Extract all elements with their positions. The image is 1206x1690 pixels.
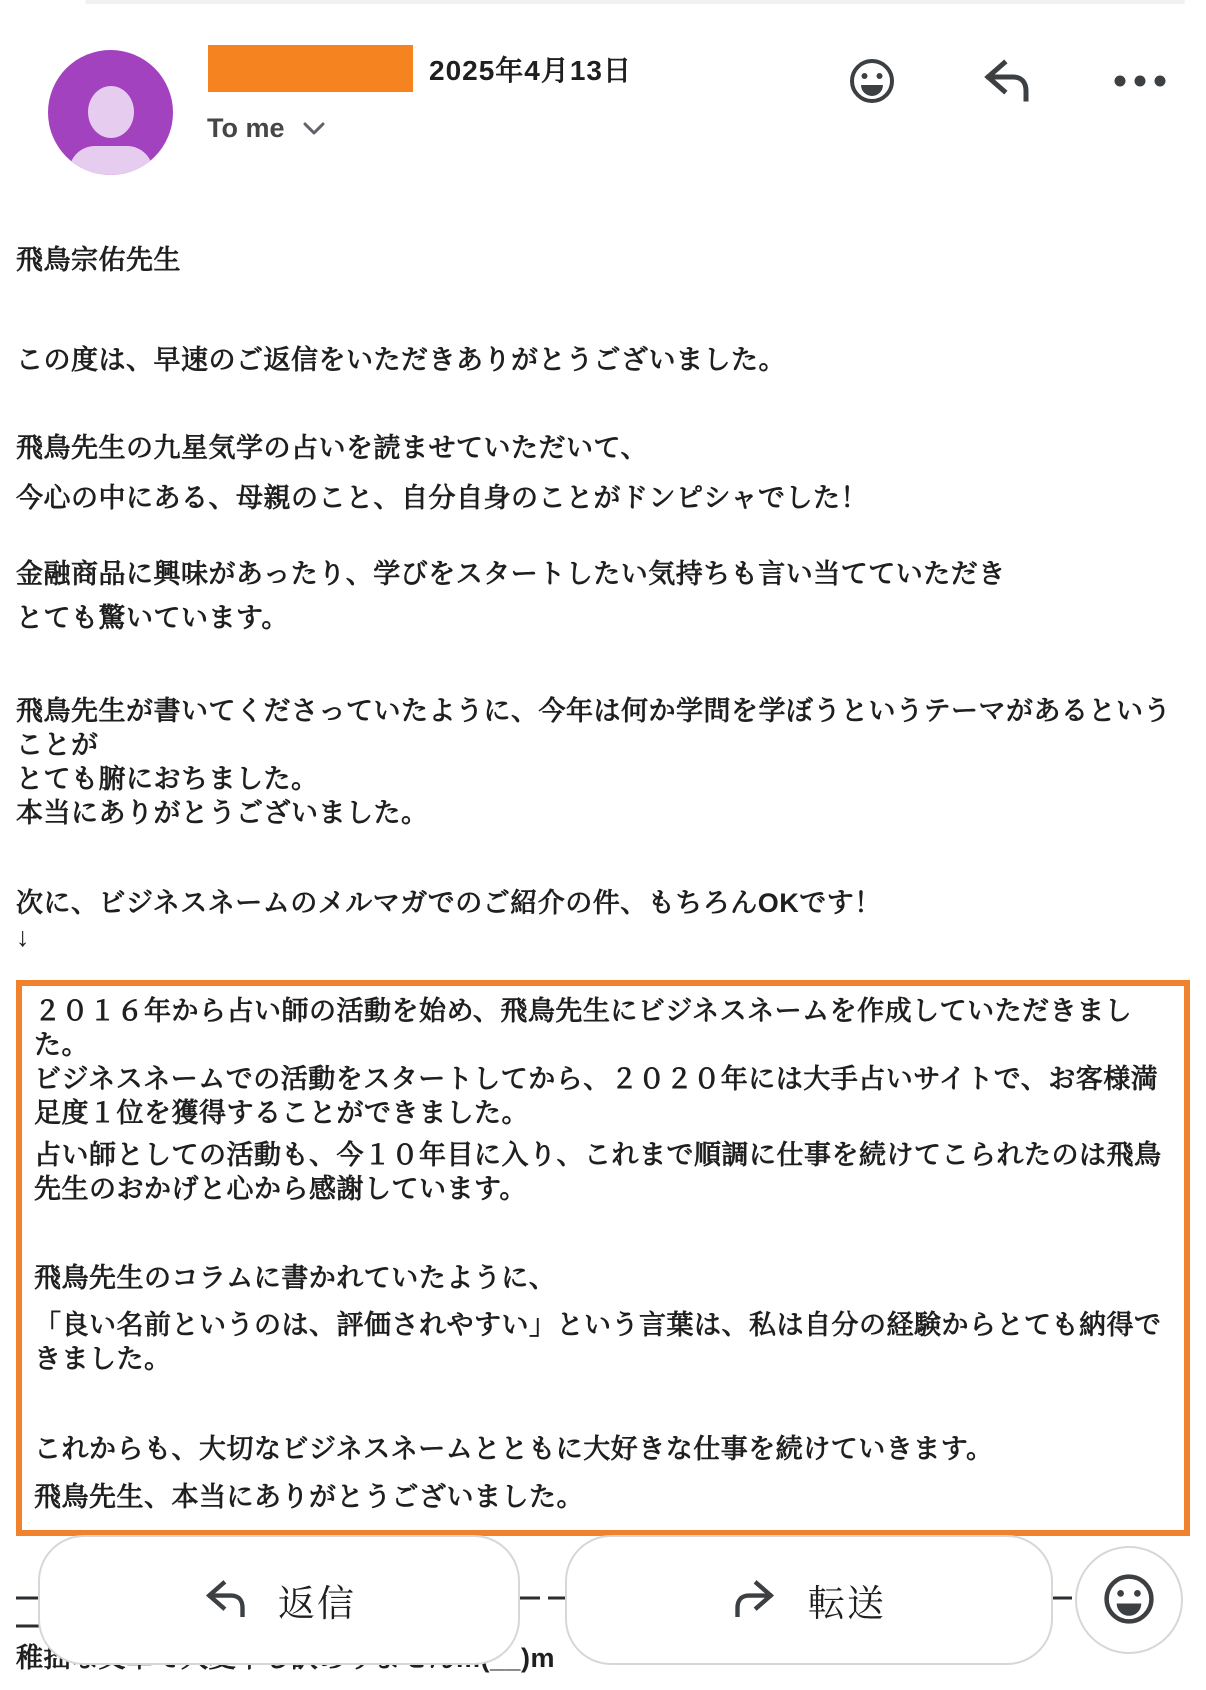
- body-line: 次に、ビジネスネームのメルマガでのご紹介の件、もちろんOKです！: [16, 886, 1190, 920]
- body-line: この度は、早速のご返信をいただきありがとうございました。: [16, 340, 1190, 380]
- avatar-person-icon: [88, 86, 134, 138]
- footer-actions: 返信 転送: [0, 1535, 1206, 1665]
- body-line: とても驚いています。: [16, 598, 1190, 638]
- body-line: 飛鳥宗佑先生: [16, 240, 1190, 280]
- recipient-row[interactable]: To me: [207, 113, 327, 144]
- quote-line: ビジネスネームでの活動をスタートしてから、２０２０年には大手占いサイトで、お客様…: [34, 1062, 1168, 1130]
- sender-row: 2025年4月13日: [208, 45, 632, 92]
- smiley-icon: [847, 56, 897, 109]
- body-line: 飛鳥先生の九星気学の占いを読ませていただいて、: [16, 428, 1190, 468]
- reply-button-header[interactable]: [980, 56, 1032, 108]
- recipient-label: To me: [207, 113, 285, 144]
- chevron-down-icon[interactable]: [301, 119, 327, 142]
- header-actions: [846, 56, 1166, 108]
- reply-arrow-icon: [980, 57, 1032, 108]
- down-arrow-character: ↓: [16, 920, 1190, 954]
- body-line: 飛鳥先生が書いてくださっていたように、今年は何か学問を学ぼうというテーマがあると…: [16, 694, 1190, 762]
- quote-line: 飛鳥先生のコラムに書かれていたように、: [34, 1261, 1168, 1295]
- quote-line: ２０１６年から占い師の活動を始め、飛鳥先生にビジネスネームを作成していただきまし…: [34, 994, 1168, 1062]
- add-reaction-button[interactable]: [846, 56, 898, 108]
- email-detail-view: 2025年4月13日 To me: [0, 0, 1206, 1690]
- quote-line: 「良い名前というのは、評価されやすい」という言葉は、私は自分の経験からとても納得…: [34, 1308, 1168, 1376]
- email-body: 飛鳥宗佑先生 この度は、早速のご返信をいただきありがとうございました。 飛鳥先生…: [16, 240, 1190, 1675]
- body-line: 本当にありがとうございました。: [16, 796, 1190, 830]
- quote-line: 飛鳥先生、本当にありがとうございました。: [34, 1480, 1168, 1514]
- body-line: 今心の中にある、母親のこと、自分自身のことがドンピシャでした！: [16, 478, 1190, 518]
- email-header: 2025年4月13日 To me: [0, 0, 1206, 200]
- sender-name-redacted: [208, 45, 413, 92]
- email-date: 2025年4月13日: [429, 49, 632, 89]
- reply-button-label: 返信: [278, 1573, 356, 1627]
- forward-button-label: 転送: [808, 1573, 886, 1627]
- quote-line: 占い師としての活動も、今１０年目に入り、これまで順調に仕事を続けてこられたのは飛…: [34, 1138, 1168, 1206]
- more-horiz-icon: [1112, 74, 1168, 91]
- body-line: とても腑におちました。: [16, 762, 1190, 796]
- reply-arrow-icon: [202, 1578, 248, 1623]
- forward-arrow-icon: [732, 1578, 778, 1623]
- more-options-button[interactable]: [1114, 56, 1166, 108]
- forward-button[interactable]: 転送: [565, 1535, 1053, 1665]
- sender-avatar[interactable]: [48, 50, 173, 175]
- emoji-reaction-button[interactable]: [1075, 1546, 1183, 1654]
- avatar-person-icon-body: [69, 146, 153, 175]
- quote-line: これからも、大切なビジネスネームとともに大好きな仕事を続けていきます。: [34, 1432, 1168, 1466]
- highlighted-quote-box: ２０１６年から占い師の活動を始め、飛鳥先生にビジネスネームを作成していただきまし…: [16, 980, 1190, 1536]
- reply-button[interactable]: 返信: [38, 1535, 520, 1665]
- smiley-icon: [1101, 1571, 1157, 1630]
- body-line: 金融商品に興味があったり、学びをスタートしたい気持ちも言い当てていただき: [16, 554, 1190, 594]
